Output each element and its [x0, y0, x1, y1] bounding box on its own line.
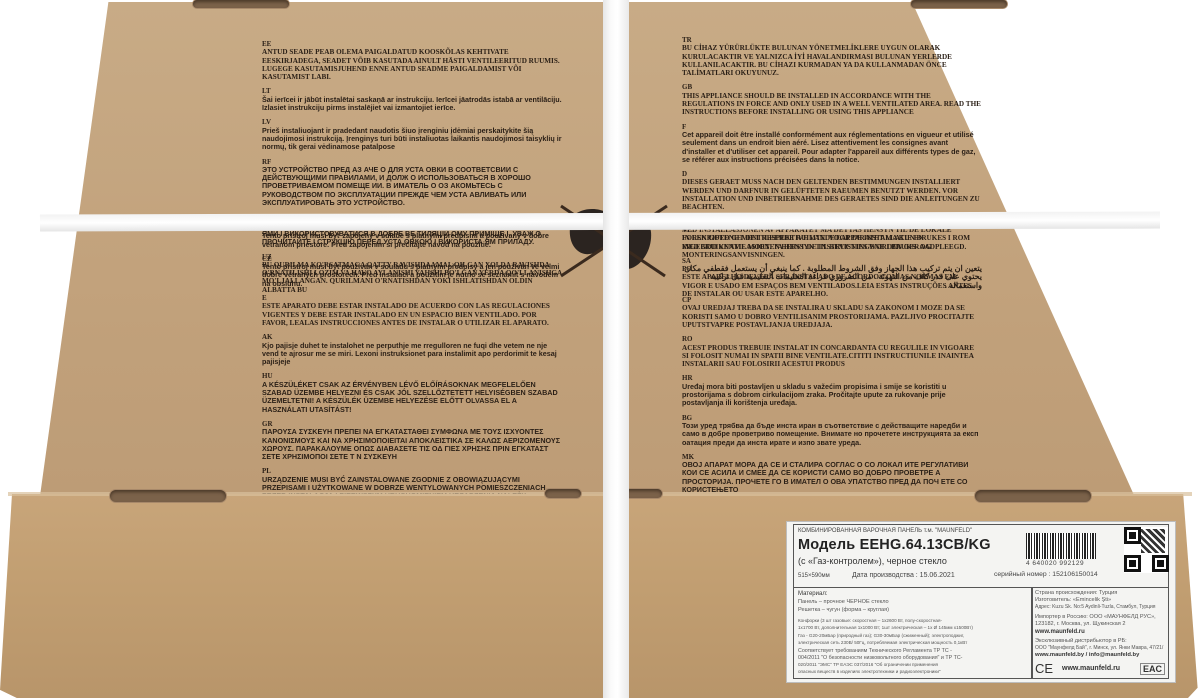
spec-line: 1x1700 Вт, дополнительная 1x1000 Вт; 1шт…	[798, 625, 973, 630]
production-date: Дата производства : 15.06.2021	[852, 572, 955, 579]
spec-line: Конфорки (3 шт газовые: скоростная – 1x2…	[798, 618, 942, 623]
material-line: Решетка – чугун (форма – круглая)	[798, 607, 889, 613]
warning-text: A KÉSZÜLÉKET CSAK AZ ÉRVÉNYBEN LÉVŐ ELŐÍ…	[262, 381, 562, 414]
warning-text: يتعين ان يتم تركيب هذا الجهاز وفق الشروط…	[682, 265, 982, 290]
importer-line: Импортер в Россию: ООО «МАУНФЕЛД РУС»,	[1035, 614, 1156, 620]
handle-cutout	[110, 490, 226, 502]
warning-paragraph-sa: SAيتعين ان يتم تركيب هذا الجهاز وفق الشر…	[682, 257, 982, 290]
language-code: E	[262, 294, 562, 302]
website-by: www.maunfeld.by / info@maunfeld.by	[1035, 652, 1139, 658]
warning-paragraph-rf: RFЭТО УСТРОЙСТВО ПРЕД АЗ АЧЕ О ДЛЯ УСТА …	[262, 158, 562, 208]
barcode-icon	[1026, 533, 1096, 559]
language-code: CP	[682, 296, 982, 304]
language-code: D	[682, 170, 982, 178]
language-code: RO	[682, 335, 982, 343]
warning-paragraph-ro: ROACEST PRODUS TREBUIE INSTALAT IN CONCA…	[682, 335, 982, 368]
ce-mark-icon: CE	[1035, 661, 1053, 676]
compliance-line: Соответствует требованиям Технического Р…	[798, 648, 952, 654]
eac-mark-icon: EAC	[1140, 663, 1165, 675]
warning-paragraph-hr: HRUređaj mora biti postavljen u skladu s…	[682, 374, 982, 407]
spec-line: электрическая сеть 230В/ 50Гц, потребляе…	[798, 640, 967, 645]
importer-address: 123182, г. Москва, ул. Щукинская 2	[1035, 621, 1126, 627]
distributor-title: Эксклюзивный дистрибьютор в РБ:	[1035, 638, 1127, 644]
warning-text: Tento přístroj musí být používán v soula…	[262, 263, 562, 288]
warning-text: OVAJ UREDJAJ TREBA DA SE INSTALIRA U SKL…	[682, 304, 982, 329]
handle-cutout	[975, 490, 1091, 502]
warning-text: DIESES GERAET MUSS NACH DEN GELTENDEN BE…	[682, 178, 982, 211]
origin-line: Страна происхождения: Турция	[1035, 590, 1117, 596]
website-ru: www.maunfeld.ru	[1035, 629, 1085, 635]
warning-text: ΠΑΡΟΥΣΑ ΣΥΣΚΕΥΗ ΠΡΕΠΕΙ ΝΑ ΕΓΚΑΤΑΣΤΑΘΕΙ Σ…	[262, 428, 562, 461]
language-code: GB	[682, 83, 982, 91]
warning-text: ANTUD SEADE PEAB OLEMA PAIGALDATUD KOOSK…	[262, 48, 562, 81]
warning-text: ОВОЈ АПАРАТ МОРА ДА СЕ И СТАЛИРА СОГЛАС …	[682, 461, 982, 494]
warning-paragraph-tr: TRBU CİHAZ YÜRÜRLÜKTE BULUNAN YÖNETMELİK…	[682, 36, 982, 77]
barcode-number: 4 640020 992129	[1026, 560, 1084, 567]
warning-paragraph-ee: EEANTUD SEADE PEAB OLEMA PAIGALDATUD KOO…	[262, 40, 562, 81]
warning-paragraph-mk: MKОВОЈ АПАРАТ МОРА ДА СЕ И СТАЛИРА СОГЛА…	[682, 453, 982, 494]
spec-line: Газ - G20-20мБар (природный газ); G30-30…	[798, 633, 964, 638]
label-specs-panel: Материал: Панель – прочное ЧЕРНОЕ стекло…	[793, 588, 1033, 679]
product-label: КОМБИНИРОВАННАЯ ВАРОЧНАЯ ПАНЕЛЬ т.м. "MA…	[786, 521, 1176, 683]
compliance-line: 004/2011 "О безопасности низковольтного …	[798, 655, 962, 661]
warning-text: IN EEN GOED GEVENTILEERDE RUIMTE. VOOR D…	[682, 234, 982, 251]
distributor-line: ООО "Маунфелд Бай", г. Минск, ул. Янки М…	[1035, 645, 1163, 651]
warning-text: Šai ierīcei ir jābūt instalētai saskaņā …	[262, 96, 562, 113]
strap-vertical	[603, 0, 629, 698]
warning-text: ACEST PRODUS TREBUIE INSTALAT IN CONCARD…	[682, 344, 982, 369]
warning-paragraph-cz: CZTento přístroj musí být používán v sou…	[262, 255, 562, 288]
warning-paragraph-cp: CPOVAJ UREDJAJ TREBA DA SE INSTALIRA U S…	[682, 296, 982, 329]
material-title: Материал:	[798, 591, 827, 597]
warning-text: Prieš instaliuojant ir pradedant naudoti…	[262, 127, 562, 152]
model-subtitle: (с «Газ-контролем»), черное стекло	[798, 556, 947, 566]
warning-paragraph-lv: LVPrieš instaliuojant ir pradedant naudo…	[262, 118, 562, 151]
warning-paragraph-hu: HUA KÉSZÜLÉKET CSAK AZ ÉRVÉNYBEN LÉVŐ EL…	[262, 372, 562, 413]
warning-paragraph-gb: GBTHIS APPLIANCE SHOULD BE INSTALLED IN …	[682, 83, 982, 116]
serial-number: серийный номер : 152106150014	[994, 571, 1098, 578]
warning-text: Cet appareil doit être installé conformé…	[682, 131, 982, 164]
warning-paragraph-e: EESTE APARATO DEBE ESTAR INSTALADO DE AC…	[262, 294, 562, 327]
material-line: Панель – прочное ЧЕРНОЕ стекло	[798, 599, 889, 605]
warning-paragraph-f: FCet appareil doit être installé conform…	[682, 123, 982, 164]
warning-text: Kjo pajisje duhet te instalohet ne perpu…	[262, 342, 562, 367]
warning-text: ЭТО УСТРОЙСТВО ПРЕД АЗ АЧЕ О ДЛЯ УСТА ОВ…	[262, 166, 562, 207]
warning-text: Uređaj mora biti postavljen u skladu s v…	[682, 383, 982, 408]
warning-paragraph-ak: AKKjo pajisje duhet te instalohet ne per…	[262, 333, 562, 366]
warning-text-right-lower: NLIN EEN GOED GEVENTILEERDE RUIMTE. VOOR…	[682, 226, 982, 534]
dimensions: 515×590мм	[798, 573, 830, 579]
handle-cutout	[545, 489, 581, 498]
warning-paragraph-lt: LTŠai ierīcei ir jābūt instalētai saskaņ…	[262, 87, 562, 112]
model-name: Модель EEHG.64.13CB/KG	[798, 537, 991, 553]
warning-text: Този уред трябва да бъде инста иран в съ…	[682, 422, 982, 447]
strap-horizontal	[40, 212, 1160, 232]
warning-text: Tento prístroj musí byť zapojený v súlad…	[262, 232, 562, 249]
label-header: КОМБИНИРОВАННАЯ ВАРОЧНАЯ ПАНЕЛЬ т.м. "MA…	[793, 524, 1169, 588]
warning-paragraph-nl: NLIN EEN GOED GEVENTILEERDE RUIMTE. VOOR…	[682, 226, 982, 251]
warning-text-left-lower: SKTento prístroj musí byť zapojený v súl…	[262, 224, 562, 509]
handle-cutout	[911, 0, 1007, 8]
compliance-line: 020/2011 "ЭМС" ТР ЕАЭС 037/2016 "Об огра…	[798, 662, 938, 667]
warning-paragraph-bg: BGТози уред трябва да бъде инста иран в …	[682, 414, 982, 447]
warning-paragraph-d: DDIESES GERAET MUSS NACH DEN GELTENDEN B…	[682, 170, 982, 211]
warning-paragraph-gr: GRΠΑΡΟΥΣΑ ΣΥΣΚΕΥΗ ΠΡΕΠΕΙ ΝΑ ΕΓΚΑΤΑΣΤΑΘΕΙ…	[262, 420, 562, 461]
warning-text: ESTE APARATO DEBE ESTAR INSTALADO DE ACU…	[262, 302, 562, 327]
label-contacts-panel: Страна происхождения: Турция Изготовител…	[1031, 588, 1169, 679]
manufacturer-line: Изготовитель: «Emincelik Şti»	[1035, 597, 1111, 603]
compliance-line: опасных веществ в изделиях электротехник…	[798, 669, 941, 674]
qr-code-icon	[1124, 527, 1168, 573]
warning-text: BU CİHAZ YÜRÜRLÜKTE BULUNAN YÖNETMELİKLE…	[682, 44, 982, 77]
address-line: Адрес: Kuzu Sk. No:5 Aydinli-Tuzla, Стам…	[1035, 604, 1156, 610]
footer-website: www.maunfeld.ru	[1062, 665, 1120, 672]
warning-text: THIS APPLIANCE SHOULD BE INSTALLED IN AC…	[682, 92, 982, 117]
handle-cutout	[193, 0, 289, 8]
product-line: КОМБИНИРОВАННАЯ ВАРОЧНАЯ ПАНЕЛЬ т.м. "MA…	[798, 528, 972, 534]
